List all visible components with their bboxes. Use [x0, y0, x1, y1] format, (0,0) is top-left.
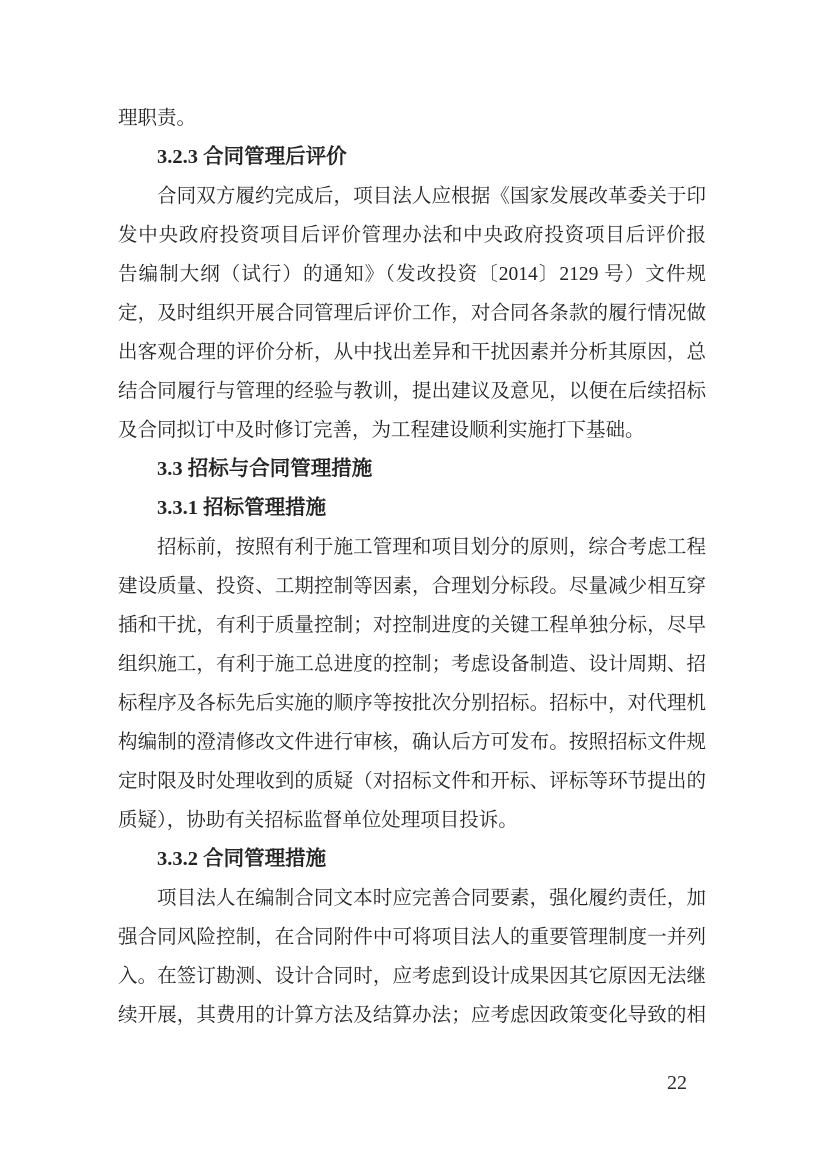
- paragraph-line: 插和干扰，有利于质量控制；对控制进度的关键工程单独分标，尽早: [118, 606, 706, 645]
- document-page: 理职责。 3.2.3 合同管理后评价 合同双方履约完成后，项目法人应根据《国家发…: [0, 0, 826, 1169]
- page-number: 22: [667, 1071, 687, 1095]
- heading-3-3: 3.3 招标与合同管理措施: [118, 450, 706, 489]
- paragraph-line: 续开展，其费用的计算方法及结算办法；应考虑因政策变化导致的相: [118, 996, 706, 1035]
- paragraph-line: 建设质量、投资、工期控制等因素，合理划分标段。尽量减少相互穿: [118, 567, 706, 606]
- paragraph-line: 定时限及时处理收到的质疑（对招标文件和开标、评标等环节提出的: [118, 762, 706, 801]
- paragraph-line: 告编制大纲（试行）的通知》（发改投资〔2014〕2129 号）文件规: [118, 255, 706, 294]
- paragraph-line: 合同双方履约完成后，项目法人应根据《国家发展改革委关于印: [118, 177, 706, 216]
- paragraph-line: 组织施工，有利于施工总进度的控制；考虑设备制造、设计周期、招: [118, 645, 706, 684]
- paragraph-line: 定，及时组织开展合同管理后评价工作，对合同各条款的履行情况做: [118, 294, 706, 333]
- paragraph-line: 发中央政府投资项目后评价管理办法和中央政府投资项目后评价报: [118, 216, 706, 255]
- paragraph-line: 构编制的澄清修改文件进行审核，确认后方可发布。按照招标文件规: [118, 723, 706, 762]
- paragraph-line: 入。在签订勘测、设计合同时，应考虑到设计成果因其它原因无法继: [118, 957, 706, 996]
- heading-3-2-3: 3.2.3 合同管理后评价: [118, 138, 706, 177]
- paragraph-line: 招标前，按照有利于施工管理和项目划分的原则，综合考虑工程: [118, 528, 706, 567]
- paragraph-line: 项目法人在编制合同文本时应完善合同要素，强化履约责任，加: [118, 879, 706, 918]
- paragraph-line: 出客观合理的评价分析，从中找出差异和干扰因素并分析其原因，总: [118, 333, 706, 372]
- heading-3-3-1: 3.3.1 招标管理措施: [118, 489, 706, 528]
- paragraph-line: 强合同风险控制，在合同附件中可将项目法人的重要管理制度一并列: [118, 918, 706, 957]
- paragraph-line: 质疑），协助有关招标监督单位处理项目投诉。: [118, 801, 706, 840]
- paragraph-line: 结合同履行与管理的经验与教训，提出建议及意见，以便在后续招标: [118, 372, 706, 411]
- paragraph-line: 及合同拟订中及时修订完善，为工程建设顺利实施打下基础。: [118, 411, 706, 450]
- heading-3-3-2: 3.3.2 合同管理措施: [118, 840, 706, 879]
- paragraph-tail-line: 理职责。: [118, 99, 706, 138]
- page-body: 理职责。 3.2.3 合同管理后评价 合同双方履约完成后，项目法人应根据《国家发…: [118, 99, 706, 1035]
- paragraph-line: 标程序及各标先后实施的顺序等按批次分别招标。招标中，对代理机: [118, 684, 706, 723]
